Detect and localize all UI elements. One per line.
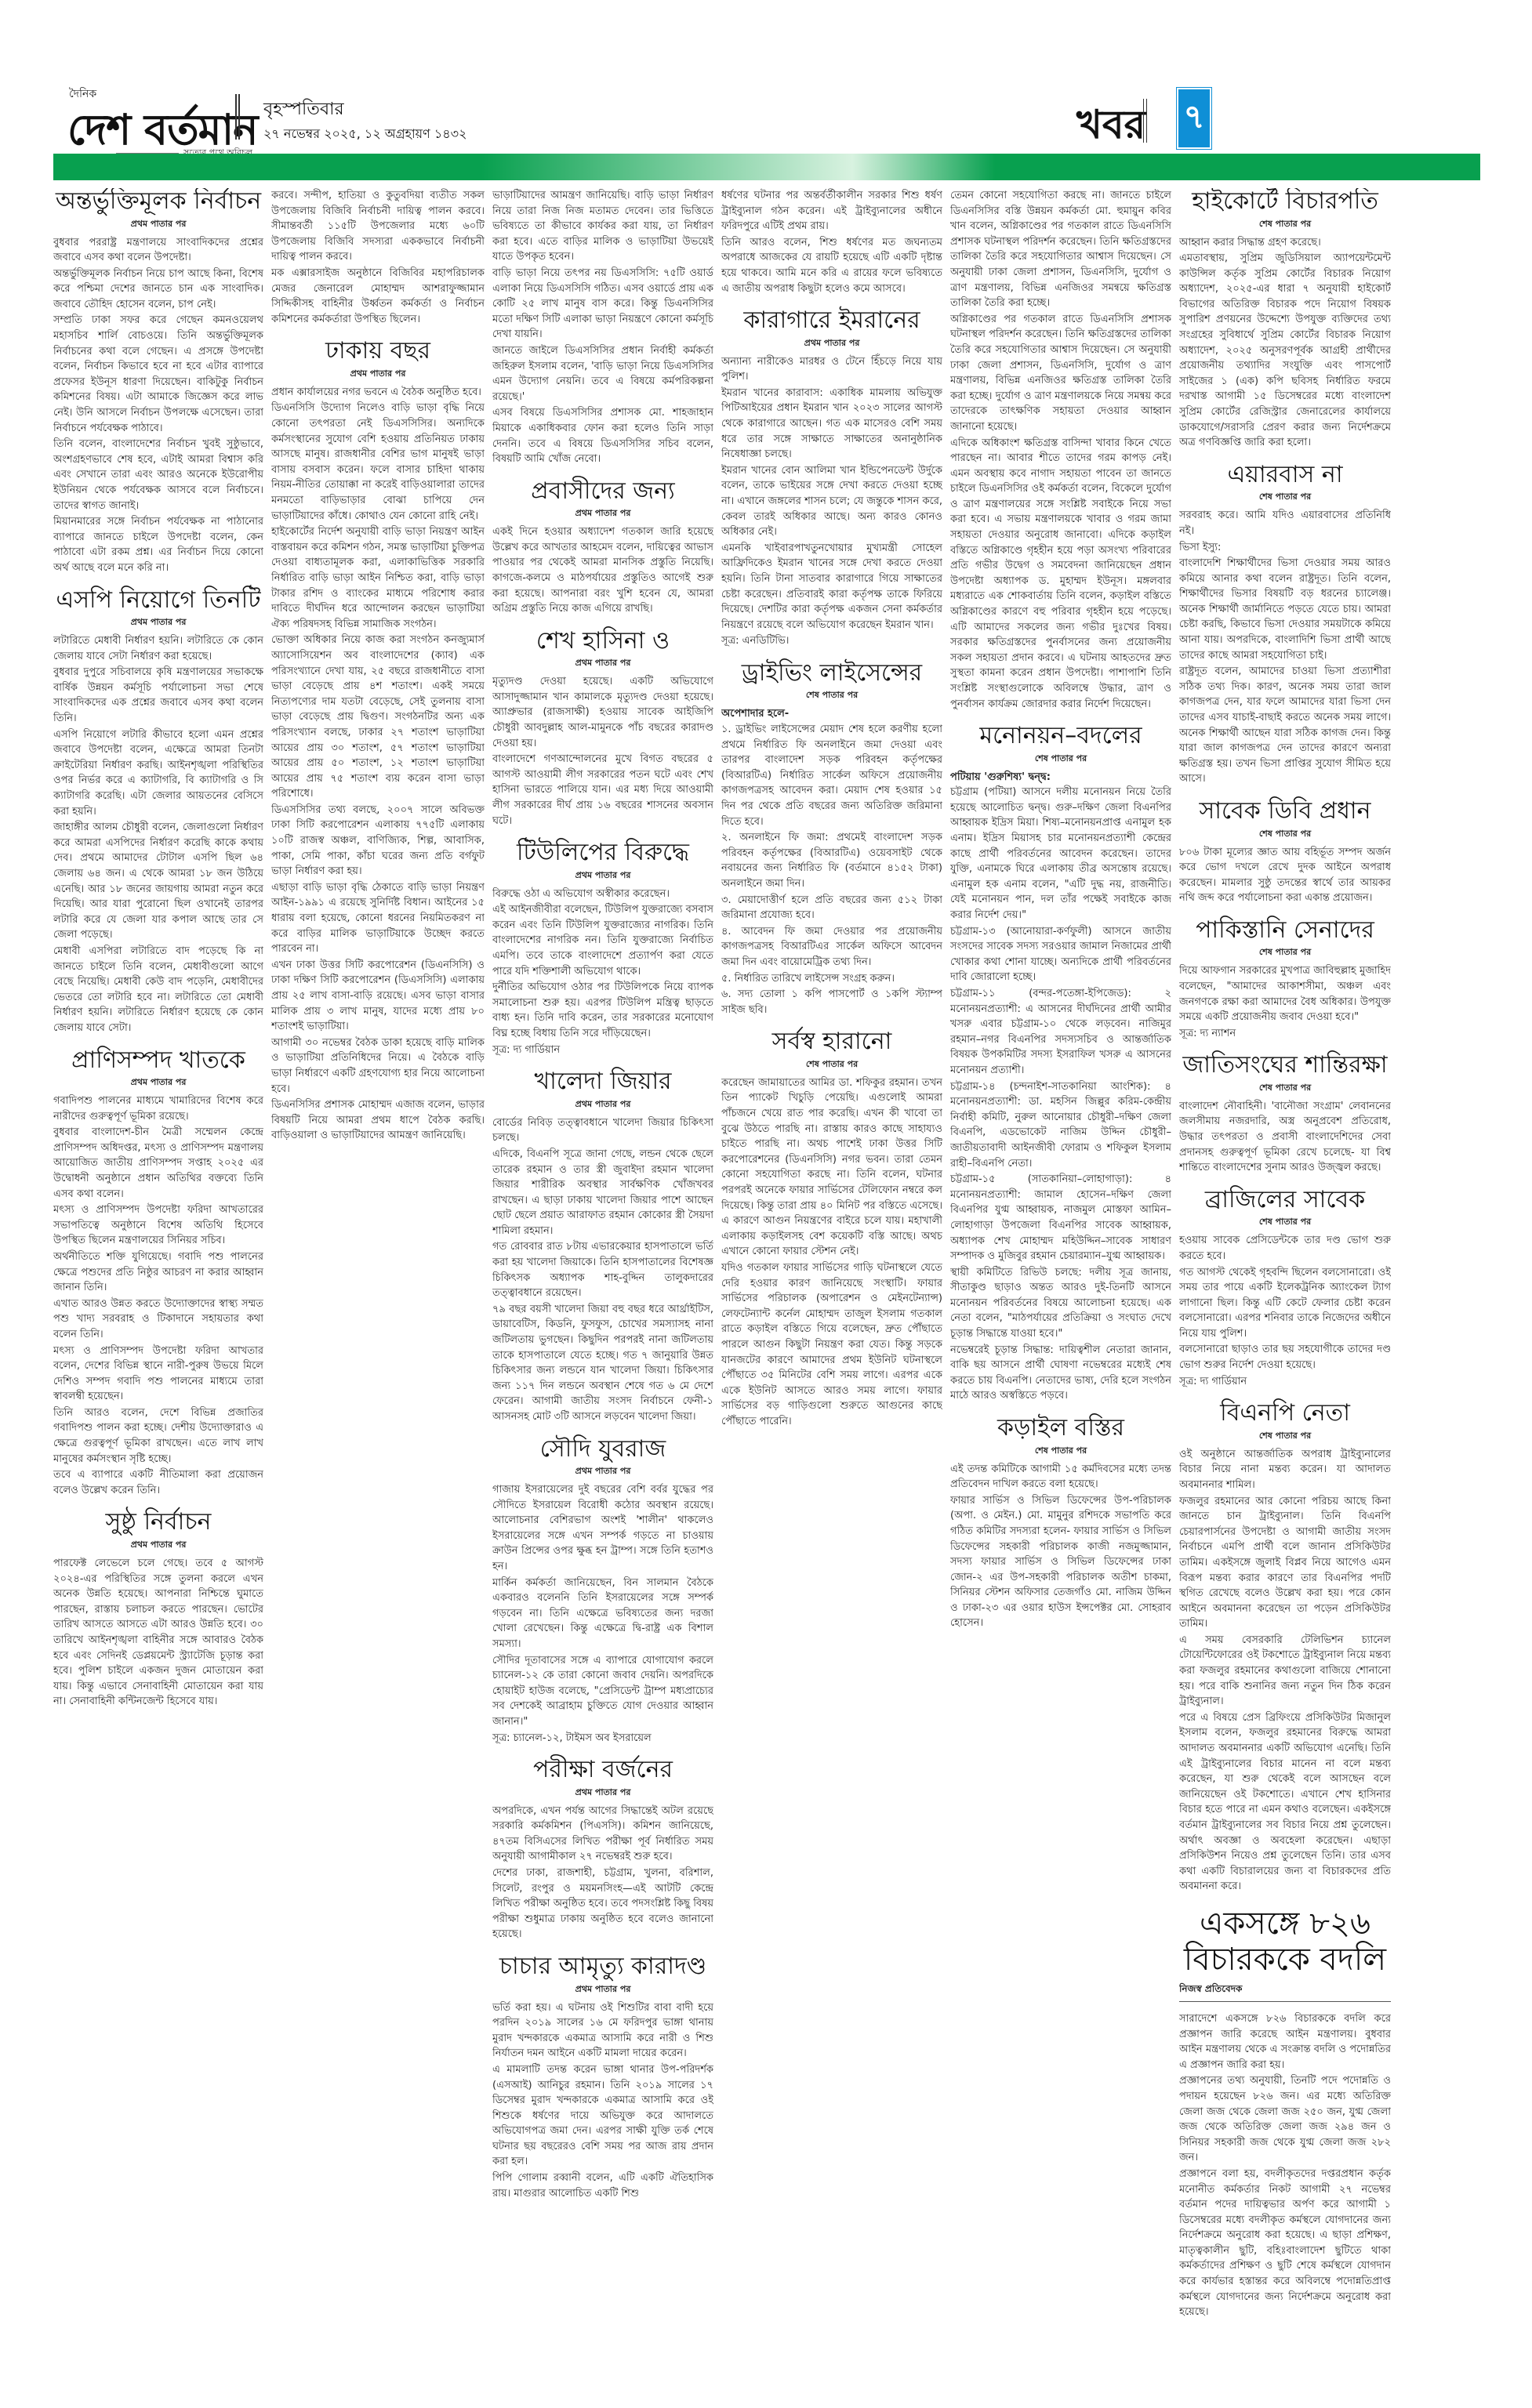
article-headline[interactable]: ড্রাইভিং লাইসেন্সের [721,660,942,687]
continued-from-label: শেষ পাতার পর [1179,490,1391,505]
article[interactable]: জাতিসংঘের শান্তিরক্ষাশেষ পাতার পরবাংলাদে… [1179,1052,1391,1175]
masthead: দৈনিক দেশ বর্তমান সত্যের পথে অবিচল বৃহস্… [53,78,1480,157]
article-paragraph: করেছেন জামায়াতের আমির ডা. শফিকুর রহমান।… [721,1075,942,1260]
article-paragraph: পারফেক্ট লেভেলে চলে গেছে। তবে ৫ আগস্ট ২০… [53,1556,263,1710]
article-paragraph: জানতে জাইলে ডিএসসিসির প্রধান নির্বাহী কর… [492,343,713,404]
article-paragraph: ডিএসসিসির তথ্য বলছে, ২০০৭ সালে অবিভক্ত ঢ… [271,803,485,879]
article-paragraph: অন্তর্ভুক্তিমূলক নির্বাচন নিয়ে চাপ আছে … [53,267,263,313]
article-paragraph: হাইকোর্টের নির্দেশ অনুযায়ী বাড়ি ভাড়া … [271,524,485,632]
article-paragraph: ভাড়াটিয়াদের আমন্ত্রণ জানিয়েছি। বাড়ি … [492,188,713,265]
article[interactable]: এয়ারবাস নাশেষ পাতার পরসরবরাহ করে। আমি য… [1179,462,1391,787]
header-green-bar [53,154,1480,180]
column-1: অন্তর্ভুক্তিমূলক নির্বাচনপ্রথম পাতার পরব… [53,188,263,2399]
article-headline[interactable]: সর্বস্ব হারানো [721,1028,942,1056]
column-5: তেমন কোনো সহযোগিতা করছে না। জানতে চাইলে … [950,188,1171,2399]
article-paragraph: বাংলাদেশ নৌবাহিনী। 'বানৌজা সংগ্রাম' লেবা… [1179,1099,1391,1176]
article-paragraph: তেমন কোনো সহযোগিতা করছে না। জানতে চাইলে … [950,188,1171,311]
article[interactable]: অন্তর্ভুক্তিমূলক নির্বাচনপ্রথম পাতার পরব… [53,188,263,576]
article[interactable]: ধর্ষণের ঘটনার পর অন্তর্বর্তীকালীন সরকার … [721,188,942,296]
article-paragraph: চট্টগ্রাম-১৫ (সাতকানিয়া–লোহাগাড়া): ৪ ম… [950,1172,1171,1264]
article-paragraph: ১. ড্রাইভিং লাইসেন্সের মেয়াদ শেষ হলে কর… [721,722,942,829]
article[interactable]: বিএনপি নেতাশেষ পাতার পরওই অনুষ্ঠানে আন্ত… [1179,1400,1391,1895]
article[interactable]: প্রাণিসম্পদ খাতকেপ্রথম পাতার পরগবাদিপশু … [53,1047,263,1499]
article-paragraph: সূত্র: দ্য ন্যাশন [1179,1026,1391,1042]
article[interactable]: শেখ হাসিনা ওপ্রথম পাতার পরমৃত্যুদণ্ড দেও… [492,628,713,829]
article-headline[interactable]: শেখ হাসিনা ও [492,628,713,655]
article-paragraph: আহ্বান করার সিদ্ধান্ত গ্রহণ করেছে। [1179,235,1391,251]
article-paragraph: এছাড়া বাড়ি ভাড়া বৃদ্ধি ঠেকাতে বাড়ি ভ… [271,880,485,957]
article-headline[interactable]: এসপি নিয়োগে তিনটি [53,587,263,615]
article-paragraph: জাহাঙ্গীর আলম চৌধুরী বলেন, জেলাগুলো নির্… [53,820,263,943]
article-headline[interactable]: চাচার আমৃত্যু কারাদণ্ড [492,1953,713,1981]
article-paragraph: ভিসা ইস্যু: [1179,540,1391,556]
divider [1143,99,1147,143]
article-paragraph: ভোক্তা অধিকার নিয়ে কাজ করা সংগঠন কনজ্যু… [271,633,485,802]
article-paragraph: সূত্র: এনডিটিভি। [721,633,942,649]
article-paragraph: এ সময় বেসরকারি টেলিভিশন চ্যানেল টোয়েন্… [1179,1633,1391,1710]
article-paragraph: এসপি নিয়োগে লটারি কীভাবে হলো এমন প্রশ্ন… [53,727,263,820]
article-paragraph: অন্যান্য নারীকেও মারধর ও টেনে হিঁচড়ে নি… [721,354,942,385]
article-headline[interactable]: সৌদি যুবরাজ [492,1436,713,1463]
article-paragraph: স্থায়ী কমিটিতে রিভিউ চলছে: দলীয় সূত্র … [950,1265,1171,1342]
article-headline[interactable]: পাকিস্তানি সেনাদের [1179,917,1391,945]
article-paragraph: দিয়ে আফগান সরকারের মুখপাত্র জাবিহুল্লাহ… [1179,963,1391,1024]
article[interactable]: টিউলিপের বিরুদ্ধেপ্রথম পাতার পরবিরুদ্ধে … [492,840,713,1057]
article-headline[interactable]: খালেদা জিয়ার [492,1068,713,1096]
article-paragraph: পিপি গোলাম রব্বানী বলেন, এটি একটি ঐতিহাস… [492,2170,713,2201]
article-paragraph: যদিও গতকাল ফায়ার সার্ভিসের গাড়ি ঘটনাস্… [721,1260,942,1430]
article-paragraph: এমতাবস্থায়, সুপ্রিম জুডিসিয়াল অ্যাপয়ে… [1179,251,1391,451]
continued-from-label: শেষ পাতার পর [1179,1081,1391,1096]
article-headline[interactable]: পরীক্ষা বর্জনের [492,1757,713,1784]
continued-from-label: শেষ পাতার পর [721,1057,942,1072]
article-paragraph: সারাদেশে একসঙ্গে ৮২৬ বিচারককে বদলি করে প… [1179,2011,1391,2073]
article-paragraph: দেশের ঢাকা, রাজশাহী, চট্টগ্রাম, খুলনা, ব… [492,1866,713,1942]
article-paragraph: ধর্ষণের ঘটনার পর অন্তর্বর্তীকালীন সরকার … [721,188,942,234]
article-paragraph: এখন ঢাকা উত্তর সিটি করপোরেশন (ডিএনসিসি) … [271,958,485,1035]
continued-from-label: শেষ পাতার পর [721,688,942,703]
article-paragraph: এ মামলাটি তদন্ত করেন ভাঙ্গা থানার উপ-পরি… [492,2062,713,2170]
article-headline[interactable]: বিএনপি নেতা [1179,1400,1391,1427]
article-paragraph: নভেম্বরেই চূড়ান্ত সিদ্ধান্ত: দায়িত্বশী… [950,1343,1171,1404]
article-headline[interactable]: ঢাকায় বছর [271,338,485,365]
article[interactable]: সুষ্ঠু নির্বাচনপ্রথম পাতার পরপারফেক্ট লে… [53,1509,263,1709]
article[interactable]: কারাগারে ইমরানেরপ্রথম পাতার পরঅন্যান্য ন… [721,307,942,649]
article-paragraph: গত রোববার রাত ৮টায় এভারকেয়ার হাসপাতালে… [492,1239,713,1300]
article-paragraph: তিনি বলেন, বাংলাদেশের নির্বাচন খুবই সুষ্… [53,437,263,513]
article[interactable]: পরীক্ষা বর্জনেরপ্রথম পাতার পরঅপরদিকে, এখ… [492,1757,713,1942]
column-6: হাইকোর্টে বিচারপতিশেষ পাতার পরআহ্বান করা… [1179,188,1391,2399]
article-paragraph: ৫. নির্ধারিত তারিখে লাইসেন্স সংগ্রহ করুন… [721,971,942,987]
subheading: অপেশাদার হলে- [721,706,942,722]
issue-date: ২৭ নভেম্বর ২০২৫, ১২ অগ্রহায়ণ ১৪৩২ [263,124,466,145]
article-headline[interactable]: একসঙ্গে ৮২৬ বিচারককে বদলি [1179,1906,1391,1978]
article-paragraph: গবাদিপশু পালনের মাধ্যমে খামারিদের বিশেষ … [53,1093,263,1124]
continued-from-label: প্রথম পাতার পর [53,1075,263,1090]
article-columns: অন্তর্ভুক্তিমূলক নির্বাচনপ্রথম পাতার পরব… [53,188,1480,2399]
article-paragraph: ফায়ার সার্ভিস ও সিভিল ডিফেন্সের উপ-পরিচ… [950,1493,1171,1631]
article-paragraph: এমনকি খাইবারপাখতুনখোয়ার মুখ্যমন্ত্রী সো… [721,541,942,633]
divider [235,94,240,140]
article-paragraph: মার্কিন কর্মকর্তা জানিয়েছেন, বিন সালমান… [492,1576,713,1652]
article-paragraph: এদিকে, বিএনপি সূত্রে জানা গেছে, লন্ডন থে… [492,1147,713,1239]
continued-from-label: শেষ পাতার পর [1179,945,1391,960]
article-paragraph: ওই অনুষ্ঠানে আন্তর্জাতিক অপরাধ ট্রাইব্যু… [1179,1447,1391,1493]
continued-from-label: প্রথম পাতার পর [53,217,263,232]
article-headline[interactable]: টিউলিপের বিরুদ্ধে [492,840,713,867]
article-paragraph: ডিএনসিসি উদ্যোগ নিলেও বাড়ি ভাড়া বৃদ্ধি… [271,401,485,524]
article-paragraph: মৃত্যুদণ্ড দেওয়া হয়েছে। একটি অভিযোগে আ… [492,674,713,751]
article-paragraph: ডিএনসিসির প্রশাসক মোহাম্মদ এজাজ বলেন, ভা… [271,1097,485,1144]
page-number-badge: ৭ [1177,88,1211,149]
article[interactable]: করবে। সন্দীপ, হাতিয়া ও কুতুবদিয়া ব্যতী… [271,188,485,327]
article-paragraph: ভর্তি করা হয়। এ ঘটনায় ওই শিশুটির বাবা … [492,2000,713,2062]
article-headline[interactable]: ব্রাজিলের সাবেক [1179,1187,1391,1214]
article[interactable]: একসঙ্গে ৮২৬ বিচারককে বদলিনিজস্ব প্রতিবেদ… [1179,1906,1391,2320]
article-paragraph: দুর্নীতির অভিযোগ ওঠার পর টিউলিপকে নিয়ে … [492,980,713,1041]
continued-from-label: শেষ পাতার পর [1179,1429,1391,1444]
continued-from-label: শেষ পাতার পর [1179,827,1391,842]
article-paragraph: ইমরান খানের কারাবাস: একাধিক মামলায় অভিয… [721,386,942,462]
article-paragraph: প্রজ্ঞাপনের তথ্য অনুযায়ী, তিনটি পদে পদো… [1179,2073,1391,2166]
article-paragraph: বুধবার বাংলাদেশ-চীন মৈত্রী সম্মেলন কেন্দ… [53,1125,263,1202]
article[interactable]: এসপি নিয়োগে তিনটিপ্রথম পাতার পরলটারিতে … [53,587,263,1036]
article-paragraph: সম্প্রতি ঢাকা সফর করে গেছেন কমনওয়েলথ মহ… [53,313,263,436]
article[interactable]: কড়াইল বস্তিরশেষ পাতার পরএই তদন্ত কমিটিক… [950,1415,1171,1631]
article-paragraph: অর্থনীতিতে শক্তি যুগিয়েছে। গবাদি পশু পা… [53,1249,263,1296]
article-paragraph: এদিকে অধিকাংশ ক্ষতিগ্রস্ত বাসিন্দা খাবার… [950,436,1171,713]
article-headline[interactable]: মনোনয়ন–বদলের [950,723,1171,750]
continued-from-label: প্রথম পাতার পর [492,1097,713,1112]
article-paragraph: হওয়ায় সাবেক প্রেসিডেন্টকে তার দণ্ড ভোগ… [1179,1233,1391,1264]
article[interactable]: হাইকোর্টে বিচারপতিশেষ পাতার পরআহ্বান করা… [1179,188,1391,451]
article[interactable]: খালেদা জিয়ারপ্রথম পাতার পরবোর্ডের নিবিড… [492,1068,713,1424]
article-paragraph: লটারিতে মেধাবী নির্ধারণ হয়নি। লটারিতে ক… [53,633,263,664]
article-paragraph: প্রজ্ঞাপনে বলা হয়, বদলীকৃতদের দপ্তরপ্রধ… [1179,2167,1391,2320]
article-paragraph: এই তদন্ত কমিটিকে আগামী ১৫ কর্মদিবসের মধ্… [950,1462,1171,1492]
article-headline[interactable]: জাতিসংঘের শান্তিরক্ষা [1179,1052,1391,1079]
article-paragraph: তিনি আরও বলেন, শিশু ধর্ষণের মত জঘন্যতম অ… [721,235,942,296]
article-paragraph: বুধবার পররাষ্ট্র মন্ত্রণালয়ে সাংবাদিকদে… [53,235,263,266]
column-2: করবে। সন্দীপ, হাতিয়া ও কুতুবদিয়া ব্যতী… [271,188,485,2399]
article-paragraph: ৬. সদ্য তোলা ১ কপি পাসপোর্ট ও ১কপি স্ট্য… [721,987,942,1017]
article-headline[interactable]: কারাগারে ইমরানের [721,307,942,335]
article-paragraph: ইমরান খানের বোন আলিমা খান ইন্ডিপেনডেন্ট … [721,463,942,540]
continued-from-label: প্রথম পাতার পর [492,506,713,521]
article-paragraph: সূত্র: দ্য গার্ডিয়ান [492,1043,713,1058]
article-headline[interactable]: প্রবাসীদের জন্য [492,478,713,506]
article[interactable]: সাবেক ডিবি প্রধানশেষ পাতার পর৮০৬ টাকা মূ… [1179,798,1391,906]
article-paragraph: মক এক্সারসাইজ অনুষ্ঠানে বিজিবির মহাপরিচা… [271,266,485,327]
article-paragraph: ৭৯ বছর বয়সী খালেদা জিয়া বহু বছর ধরে আর… [492,1302,713,1425]
article-paragraph: প্রধান কার্যালয়ের নগর ভবনে এ বৈঠক অনুষ্… [271,385,485,401]
article-paragraph: বাড়ি ভাড়া নিয়ে তৎপর নয় ডিএসসিসি: ৭৫ট… [492,266,713,343]
continued-from-label: শেষ পাতার পর [950,752,1171,767]
article-paragraph: বলসোনারো ছাড়াও তার ছয় সহযোগীকে তাদের দ… [1179,1342,1391,1373]
column-4: ধর্ষণের ঘটনার পর অন্তর্বর্তীকালীন সরকার … [721,188,942,2399]
byline: নিজস্ব প্রতিবেদক [1179,1982,1391,2002]
article-paragraph: বুধবার দুপুরে সচিবালয়ে কৃষি মন্ত্রণালয়… [53,665,263,726]
article[interactable]: মনোনয়ন–বদলেরশেষ পাতার পরপটিয়ায় 'গুরুশ… [950,723,1171,1404]
article-paragraph: চট্টগ্রাম (পটিয়া) আসনে দলীয় মনোনয়ন নি… [950,785,1171,923]
continued-from-label: প্রথম পাতার পর [492,869,713,883]
article[interactable]: প্রবাসীদের জন্যপ্রথম পাতার পরএকই দিনে হও… [492,478,713,617]
subheading: পটিয়ায় 'গুরুশিষ্য' দ্বন্দ্ব: [950,770,1171,785]
article-paragraph: এই আইনজীবীরা বলেছেন, টিউলিপ যুক্তরাজ্যে … [492,902,713,979]
article-paragraph: সরবরাহ করে। আমি যদিও এয়ারবাসের প্রতিনিধ… [1179,508,1391,539]
article-paragraph: বাংলাদেশে গণআন্দোলনের মুখে বিগত বছরের ৫ … [492,752,713,829]
article-headline[interactable]: সুষ্ঠু নির্বাচন [53,1509,263,1536]
column-3: ভাড়াটিয়াদের আমন্ত্রণ জানিয়েছি। বাড়ি … [492,188,713,2399]
continued-from-label: শেষ পাতার পর [1179,1215,1391,1230]
article-paragraph: সৌদির দূতাবাসের সঙ্গে এ ব্যাপারে যোগাযোগ… [492,1653,713,1730]
article-paragraph: রাষ্ট্রদূত বলেন, আমাদের চাওয়া ভিসা প্রত… [1179,664,1391,787]
article-paragraph: চট্টগ্রাম-১৩ (আনোয়ারা-কর্ণফুলী) আসনে জা… [950,924,1171,985]
article[interactable]: ঢাকায় বছরপ্রথম পাতার পরপ্রধান কার্যালয়… [271,338,485,1144]
article[interactable]: ড্রাইভিং লাইসেন্সেরশেষ পাতার পরঅপেশাদার … [721,660,942,1017]
article-paragraph: ফজলুর রহমানের আর কোনো পরিচয় আছে কিনা জা… [1179,1494,1391,1632]
article[interactable]: পাকিস্তানি সেনাদেরশেষ পাতার পরদিয়ে আফগা… [1179,917,1391,1041]
article-headline[interactable]: এয়ারবাস না [1179,462,1391,489]
continued-from-label: প্রথম পাতার পর [271,367,485,382]
article-paragraph: মিয়ানমারের সঙ্গে নির্বাচন পর্যবেক্ষক না… [53,514,263,575]
article-paragraph: বাংলাদেশি শিক্ষার্থীদের ভিসা দেওয়ার সময… [1179,556,1391,663]
article-paragraph: সূত্র: দ্য গার্ডিয়ান [1179,1374,1391,1390]
article-paragraph: অপরদিকে, এখন পর্যন্ত আগের সিদ্ধান্তেই অট… [492,1804,713,1865]
article-paragraph: তিনি আরও বলেন, দেশে বিভিন্ন প্রজাতির গবা… [53,1405,263,1467]
section-title: খবর [1076,96,1145,161]
article-paragraph: মৎস্য ও প্রাণিসম্পদ উপদেষ্টা ফরিদা আখতার… [53,1344,263,1405]
article-paragraph: মেধাবী এসপিরা লটারিতে বাদ পড়েছে কি না জ… [53,944,263,1036]
article-headline[interactable]: কড়াইল বস্তির [950,1415,1171,1442]
article-paragraph: পরে এ বিষয়ে প্রেস ব্রিফিংয়ে প্রসিকিউটর… [1179,1710,1391,1895]
continued-from-label: শেষ পাতার পর [950,1444,1171,1459]
article-paragraph: ৩. মেয়াদোত্তীর্ণ হলে প্রতি বছরের জন্য ৫… [721,893,942,923]
continued-from-label: প্রথম পাতার পর [721,336,942,351]
continued-from-label: প্রথম পাতার পর [492,1982,713,1997]
continued-from-label: প্রথম পাতার পর [492,656,713,671]
continued-from-label: প্রথম পাতার পর [53,615,263,630]
article-paragraph: ৮০৬ টাকা মূল্যের জ্ঞাত আয় বহির্ভূত সম্প… [1179,845,1391,906]
continued-from-label: শেষ পাতার পর [1179,217,1391,232]
article[interactable]: তেমন কোনো সহযোগিতা করছে না। জানতে চাইলে … [950,188,1171,712]
article-paragraph: চট্টগ্রাম-১৪ (চন্দনাইশ-সাতকানিয়া আংশিক)… [950,1079,1171,1172]
article-headline[interactable]: হাইকোর্টে বিচারপতি [1179,188,1391,216]
article-paragraph: এসব বিষয়ে ডিএসসিসির প্রশাসক মো. শাহজাহা… [492,405,713,466]
article-paragraph: গত আগস্ট থেকেই গৃহবন্দি ছিলেন বলসোনারো। … [1179,1265,1391,1342]
article[interactable]: চাচার আমৃত্যু কারাদণ্ডপ্রথম পাতার পরভর্ত… [492,1953,713,2201]
article-paragraph: অগ্নিকাণ্ডের পর গতকাল রাতে ডিএনসিসি প্রশ… [950,312,1171,435]
article[interactable]: সর্বস্ব হারানোশেষ পাতার পরকরেছেন জামায়া… [721,1028,942,1429]
article-headline[interactable]: অন্তর্ভুক্তিমূলক নির্বাচন [53,188,263,216]
continued-from-label: প্রথম পাতার পর [53,1538,263,1553]
article[interactable]: সৌদি যুবরাজপ্রথম পাতার পরগাজায় ইসরায়েল… [492,1436,713,1746]
article-paragraph: চট্টগ্রাম-১১ (বন্দর-পতেঙ্গা-ইপিজেড): ২ ম… [950,986,1171,1079]
issue-day: বৃহস্পতিবার [263,96,344,125]
article-paragraph: একই দিনে হওয়ার অধ্যাদেশ গতকাল জারি হয়ে… [492,524,713,617]
article-paragraph: বিরুদ্ধে ওঠা এ অভিযোগ অস্বীকার করেছেন। [492,887,713,902]
article-paragraph: বোর্ডের নিবিড় তত্ত্বাবধানে খালেদা জিয়া… [492,1115,713,1146]
article-paragraph: তবে এ ব্যাপারে একটি নীতিমালা করা প্রয়োজ… [53,1467,263,1498]
article-paragraph: গাজায় ইসরায়েলের দুই বছরের বেশি বর্বর য… [492,1482,713,1575]
article-headline[interactable]: সাবেক ডিবি প্রধান [1179,798,1391,825]
continued-from-label: প্রথম পাতার পর [492,1786,713,1801]
article[interactable]: ভাড়াটিয়াদের আমন্ত্রণ জানিয়েছি। বাড়ি … [492,188,713,467]
article-paragraph: এখাত আরও উন্নত করতে উদ্যোক্তাদের স্বাস্থ… [53,1296,263,1343]
article-paragraph: ২. অনলাইনে ফি জমা: প্রথমেই বাংলাদেশ সড়ক… [721,830,942,891]
article-paragraph: মৎস্য ও প্রাণিসম্পদ উপদেষ্টা ফরিদা আখতার… [53,1202,263,1249]
article-paragraph: ৪. আবেদন ফি জমা দেওয়ার পর প্রয়োজনীয় ক… [721,924,942,970]
article[interactable]: ব্রাজিলের সাবেকশেষ পাতার পরহওয়ায় সাবেক… [1179,1187,1391,1389]
article-paragraph: করবে। সন্দীপ, হাতিয়া ও কুতুবদিয়া ব্যতী… [271,188,485,265]
article-headline[interactable]: প্রাণিসম্পদ খাতকে [53,1047,263,1075]
article-paragraph: আগামী ৩০ নভেম্বর বৈঠক ডাকা হয়েছে বাড়ি … [271,1035,485,1097]
continued-from-label: প্রথম পাতার পর [492,1464,713,1479]
article-paragraph: সূত্র: চ্যানেল-১২, টাইমস অব ইসরায়েল [492,1731,713,1746]
